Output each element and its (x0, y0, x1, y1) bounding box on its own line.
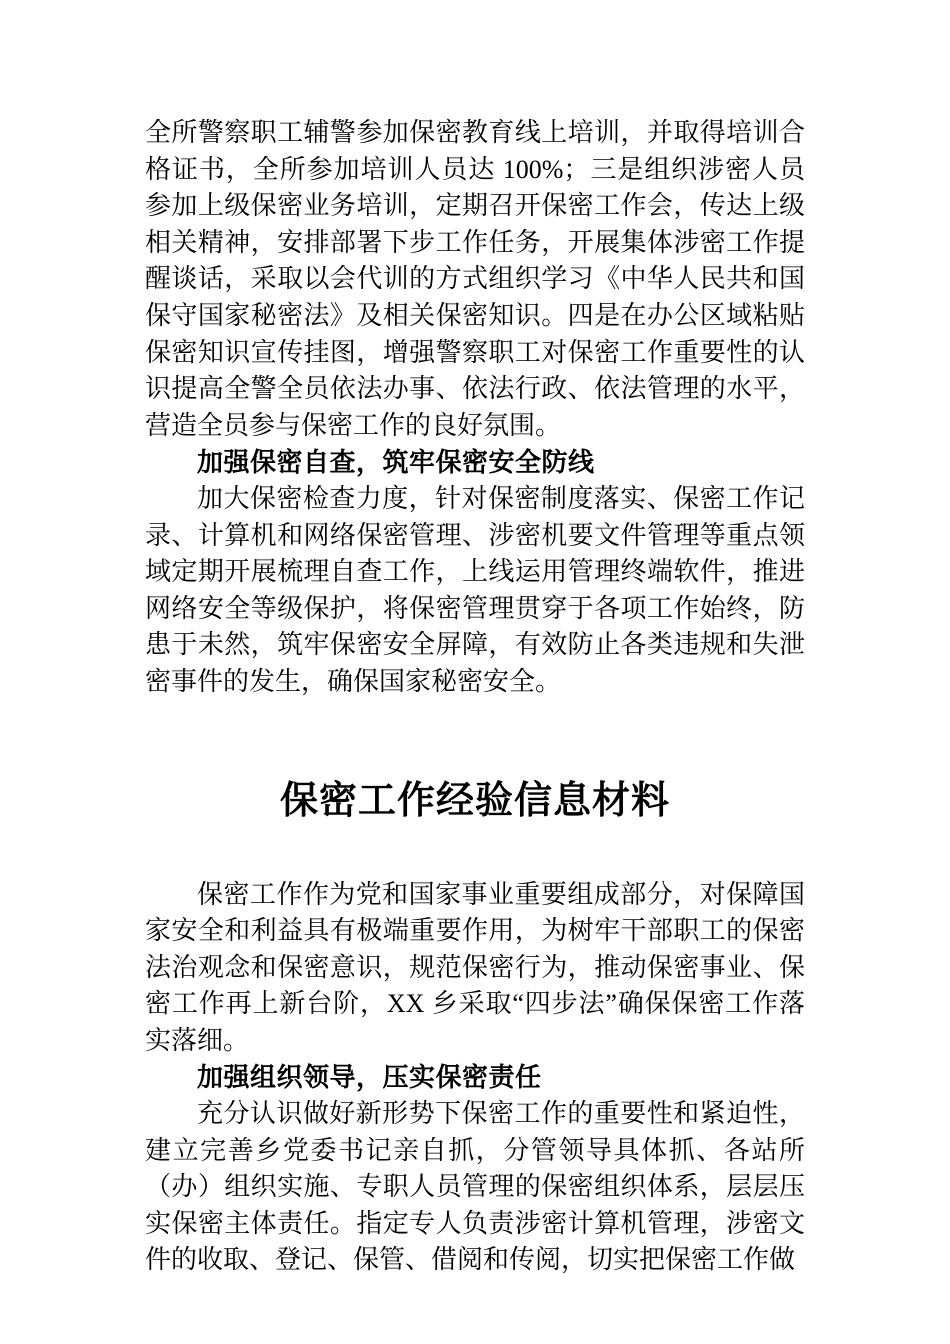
paragraph-leadership: 充分认识做好新形势下保密工作的重要性和紧迫性，建立完善乡党委书记亲自抓，分管领导… (145, 1096, 805, 1279)
document-page: 全所警察职工辅警参加保密教育线上培训，并取得培训合格证书，全所参加培训人员达 1… (0, 0, 950, 1344)
section-heading-leadership: 加强组织领导，压实保密责任 (145, 1059, 805, 1096)
paragraph-training-continuation: 全所警察职工辅警参加保密教育线上培训，并取得培训合格证书，全所参加培训人员达 1… (145, 115, 805, 444)
document-content: 全所警察职工辅警参加保密教育线上培训，并取得培训合格证书，全所参加培训人员达 1… (145, 115, 805, 1279)
paragraph-intro-four-step: 保密工作作为党和国家事业重要组成部分，对保障国家安全和利益具有极端重要作用，为树… (145, 877, 805, 1060)
section-heading-self-check: 加强保密自查，筑牢保密安全防线 (145, 444, 805, 481)
document-title: 保密工作经验信息材料 (145, 775, 805, 827)
paragraph-self-check: 加大保密检查力度，针对保密制度落实、保密工作记录、计算机和网络保密管理、涉密机要… (145, 481, 805, 701)
